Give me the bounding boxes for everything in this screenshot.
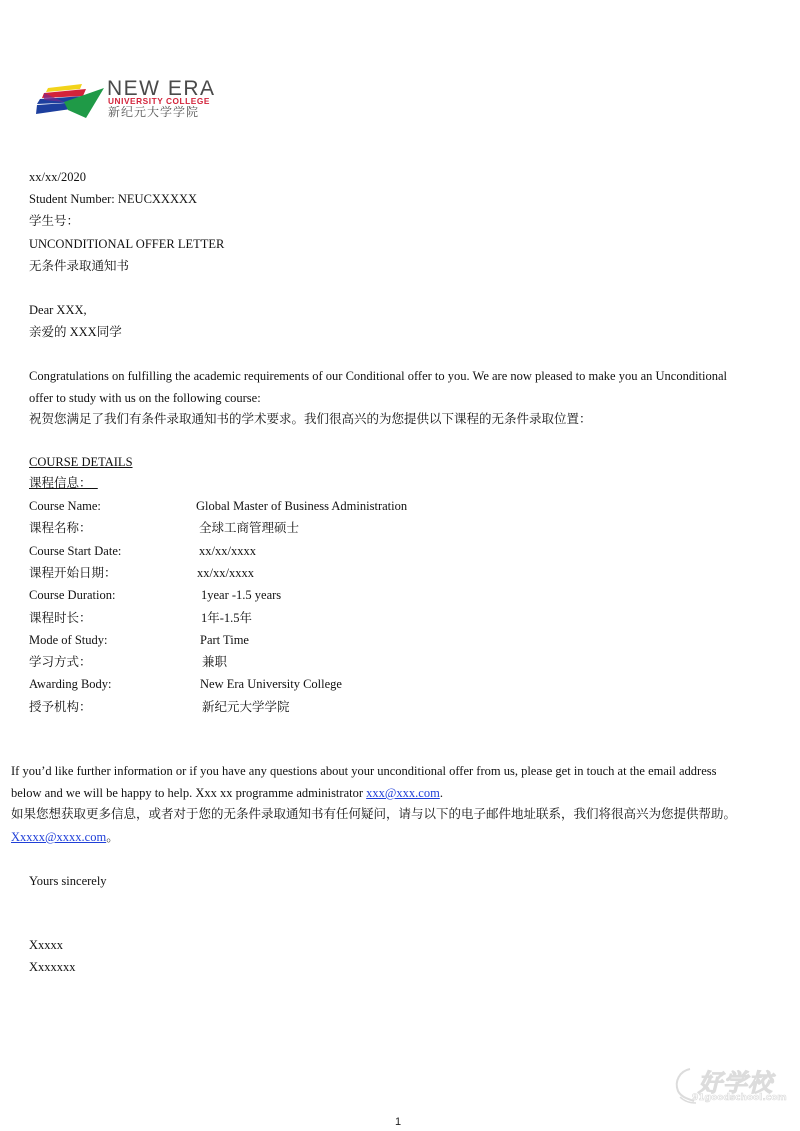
course-detail-label: Course Start Date: [29,543,121,559]
course-detail-value: Global Master of Business Administration [196,498,407,514]
student-number-cn: 学生号： [29,213,79,229]
admin-email-link[interactable]: xxx@xxx.com [366,786,440,800]
letter-title: UNCONDITIONAL OFFER LETTER [29,236,224,252]
course-detail-value: New Era University College [200,676,342,692]
salutation: Dear XXX, [29,302,87,318]
student-number: Student Number: NEUCXXXXX [29,191,197,207]
contact-line-1: If you’d like further information or if … [11,763,716,779]
course-details-heading: COURSE DETAILS [29,454,133,470]
course-detail-value: Part Time [200,632,249,648]
course-detail-value: 全球工商管理硕士 [199,520,299,536]
watermark-text-en: 91goodschool.com [692,1093,787,1103]
course-detail-label: Course Name: [29,498,101,514]
course-detail-value: 1年-1.5年 [201,610,252,626]
contact-cn: 如果您想获取更多信息，或者对于您的无条件录取通知书有任何疑问，请与以下的电子邮件… [11,806,736,822]
course-detail-label: 课程时长： [29,610,92,626]
letter-date: xx/xx/2020 [29,169,86,185]
logo-emblem-icon [34,80,106,120]
signatory-title: Xxxxxxx [29,959,76,975]
intro-cn: 祝贺您满足了我们有条件录取通知书的学术要求。我们很高兴的为您提供以下课程的无条件… [29,411,592,427]
course-detail-label: Mode of Study: [29,632,107,648]
course-detail-value: 兼职 [202,654,227,670]
course-detail-value: 新纪元大学学院 [202,699,290,715]
signatory-name: Xxxxx [29,937,63,953]
intro-line-2: offer to study with us on the following … [29,390,261,406]
logo-chinese-name: 新纪元大学学院 [108,105,199,119]
sign-off: Yours sincerely [29,873,107,889]
letter-title-cn: 无条件录取通知书 [29,258,129,274]
watermark: 好学校 91goodschool.com [672,1063,792,1109]
course-detail-label: Awarding Body: [29,676,112,692]
contact-cn-email-line: Xxxxx@xxxx.com。 [11,829,119,845]
course-detail-value: 1year -1.5 years [201,587,281,603]
intro-line-1: Congratulations on fulfilling the academ… [29,368,727,384]
contact-email-link[interactable]: Xxxxx@xxxx.com [11,830,106,844]
course-details-heading-cn: 课程信息： [29,475,98,491]
course-detail-label: 课程开始日期： [29,565,117,581]
course-detail-value: xx/xx/xxxx [199,543,256,559]
contact-line-2-text: below and we will be happy to help. Xxx … [11,786,366,800]
page-number: 1 [395,1116,401,1128]
contact-line-2-suffix: . [440,786,443,800]
university-logo: NEW ERA UNIVERSITY COLLEGE 新纪元大学学院 [34,78,254,122]
course-detail-label: 授予机构： [29,699,92,715]
course-detail-label: Course Duration: [29,587,115,603]
salutation-cn: 亲爱的 XXX同学 [29,324,122,340]
course-detail-label: 学习方式： [29,654,92,670]
course-detail-value: xx/xx/xxxx [197,565,254,581]
contact-line-2: below and we will be happy to help. Xxx … [11,785,443,801]
course-detail-label: 课程名称： [29,520,92,536]
contact-cn-suffix: 。 [106,830,119,844]
